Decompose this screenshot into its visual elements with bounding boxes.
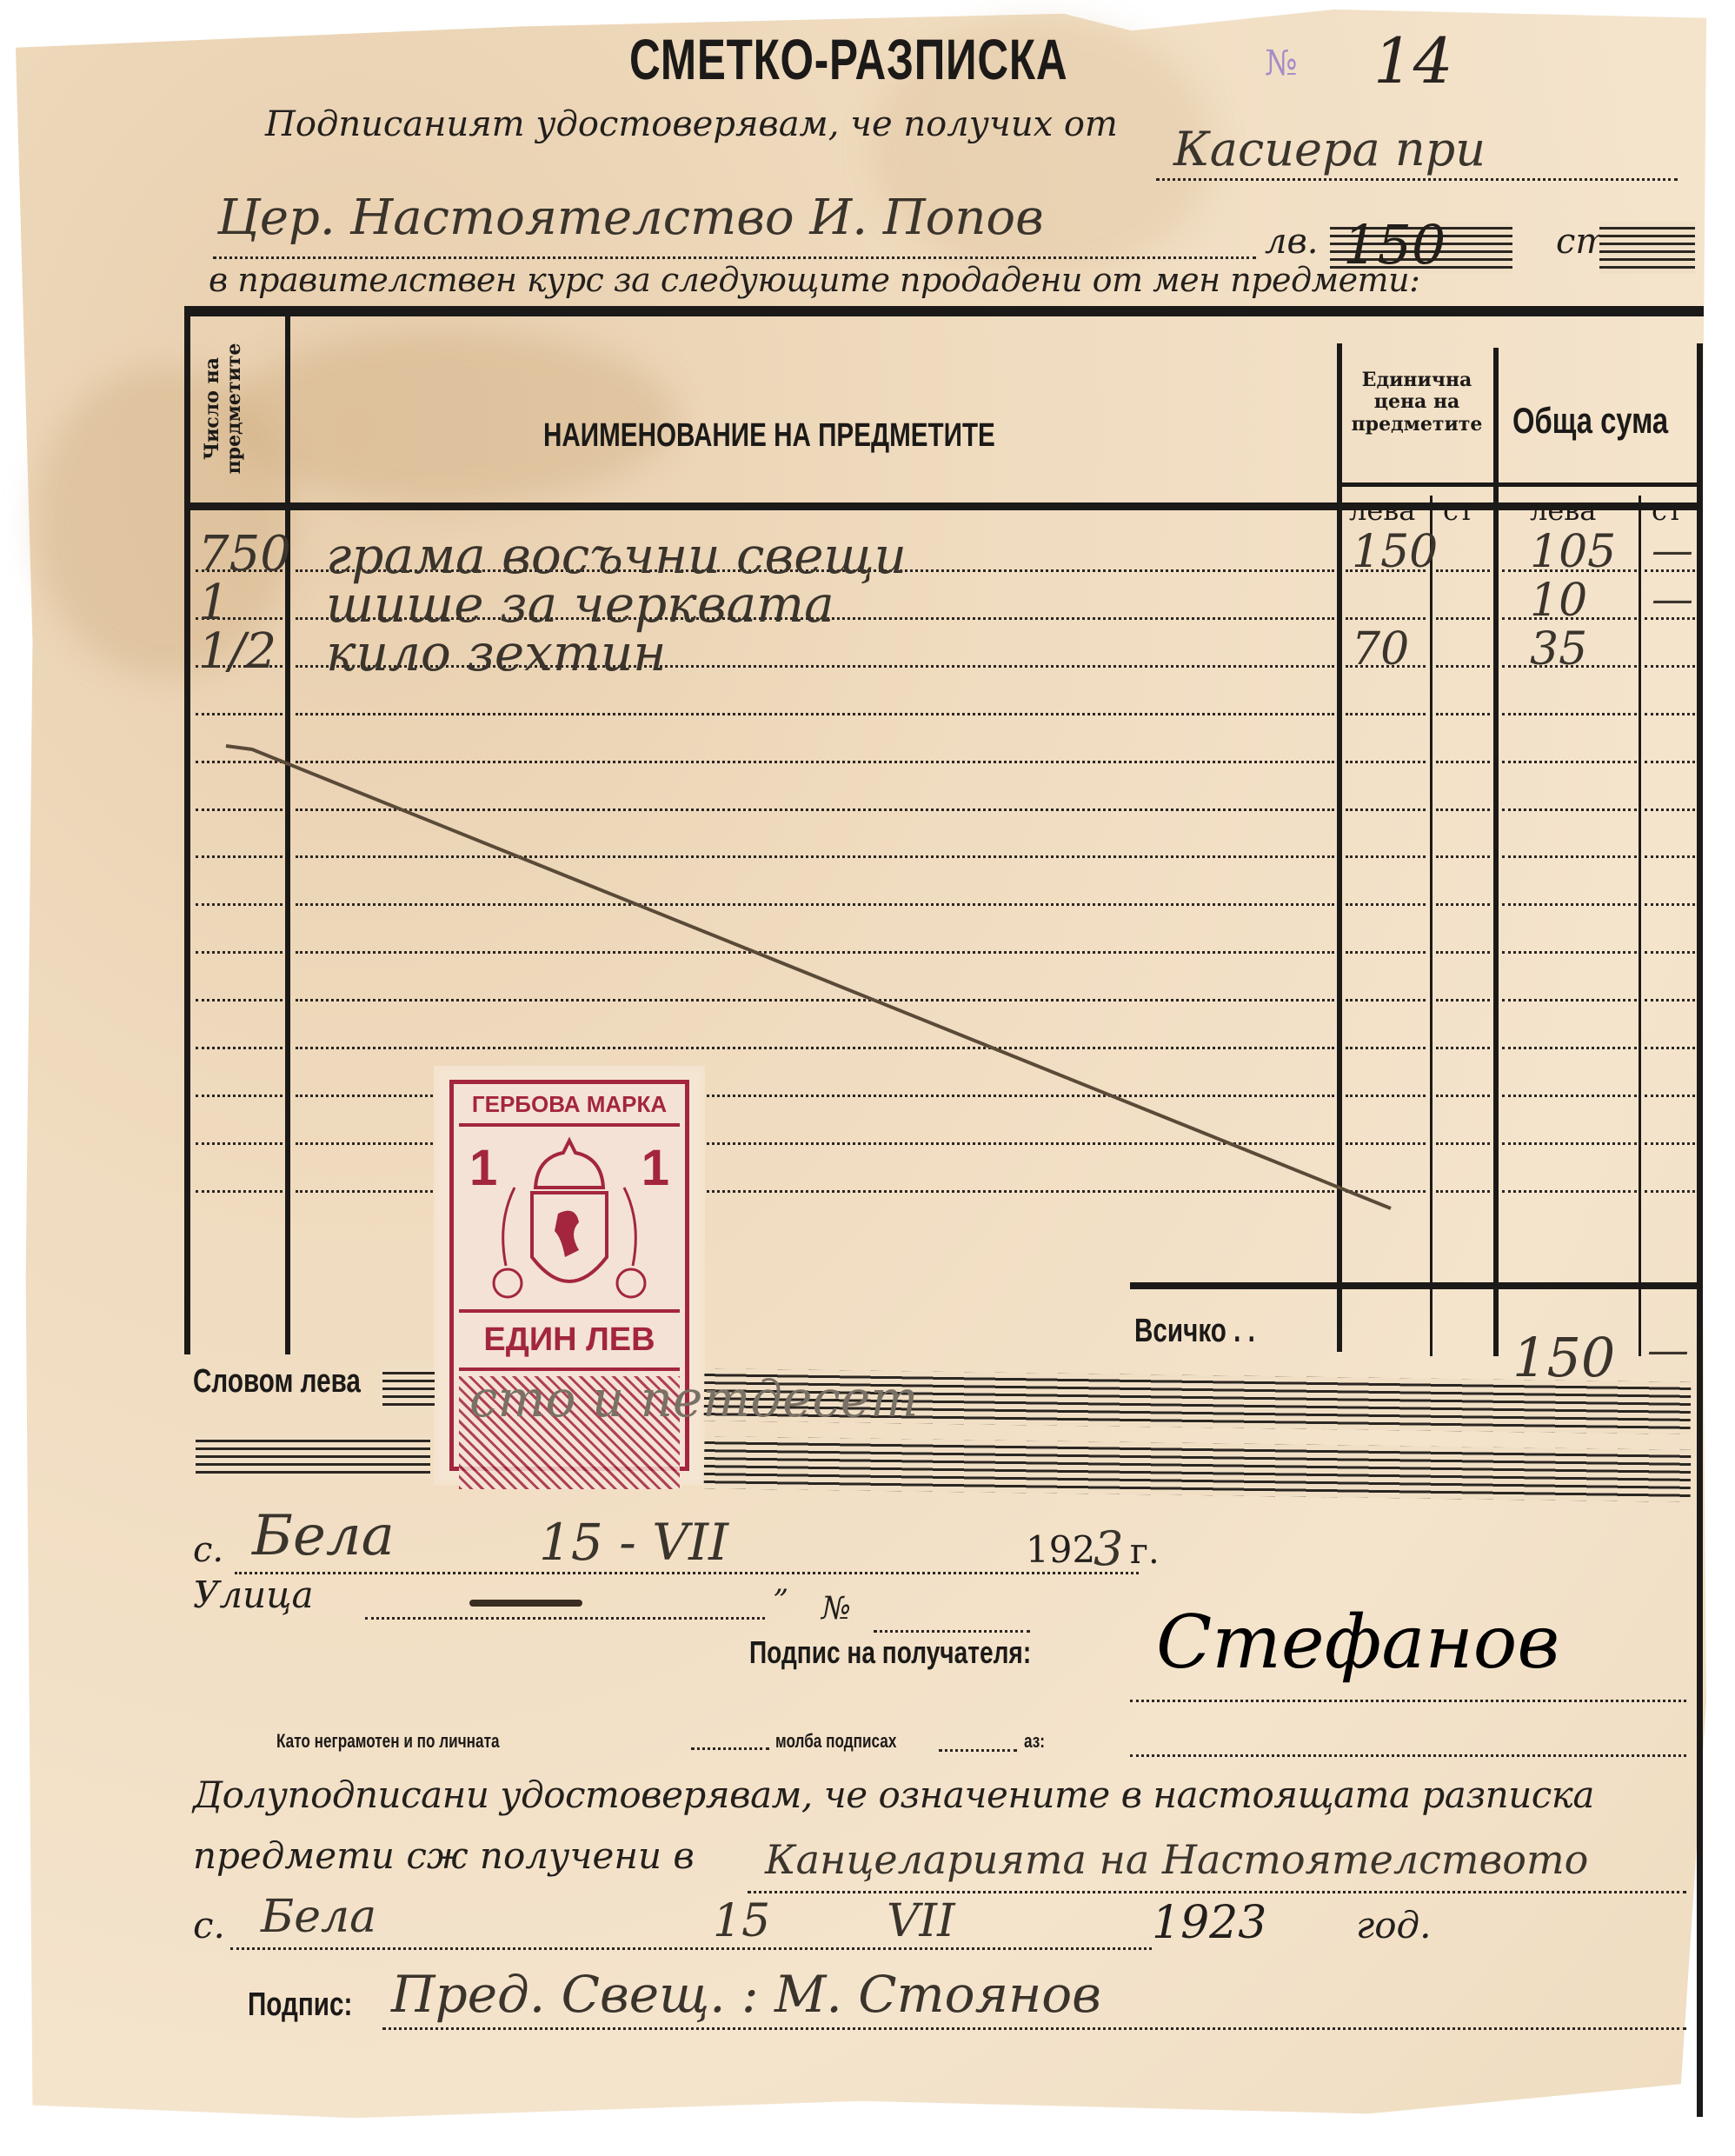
village-name: Бела [252, 1504, 395, 1568]
stamp-value-text: ЕДИН ЛЕВ [459, 1309, 680, 1371]
dotted-line [1130, 1700, 1686, 1702]
words-label: Словом лева [193, 1363, 361, 1401]
dotted-line [230, 1947, 1152, 1950]
date-day-month: 15 - VII [539, 1513, 728, 1572]
cert-year-suffix: год. [1356, 1904, 1431, 1946]
lion-crest-icon [489, 1135, 650, 1309]
cert-signature-label: Подпис: [248, 1986, 352, 2024]
certification-line1: Долуподписани удостоверявам, че означени… [193, 1773, 1594, 1816]
dotted-line [235, 1572, 1139, 1574]
cert-year: 1923 [1152, 1897, 1266, 1949]
total-label: Всичко . . [1134, 1313, 1255, 1350]
illiterate-text-part3: аз: [1024, 1730, 1045, 1753]
total-st: — [1647, 1326, 1689, 1374]
street-dash [469, 1600, 582, 1607]
year-suffix: г. [1130, 1532, 1160, 1572]
dotted-line [748, 1891, 1686, 1893]
words-lines-left2 [196, 1434, 430, 1478]
stamp-coat-of-arms: 1 1 [454, 1127, 685, 1309]
village-prefix: с. [193, 1530, 223, 1570]
dotted-line [874, 1630, 1030, 1633]
street-number-label: № [821, 1591, 851, 1627]
words-lines-left [382, 1367, 435, 1410]
cert-village: Бела [261, 1891, 376, 1943]
dotted-line [939, 1749, 1017, 1752]
cert-signature: Пред. Свещ. : М. Стоянов [391, 1965, 1101, 2024]
recipient-signature-label: Подпис на получателя: [749, 1634, 1031, 1671]
year-handwritten: 3 [1094, 1521, 1123, 1576]
cert-day: 15 [713, 1895, 770, 1947]
words-value: сто и петдесет [469, 1369, 918, 1428]
illiterate-text-part2: молба подписах [775, 1730, 896, 1753]
dotted-line [1130, 1754, 1686, 1757]
cancel-diagonal-line [0, 0, 1735, 2156]
dotted-line [365, 1617, 765, 1620]
street-label: Улица [193, 1574, 314, 1616]
stamp-top-text: ГЕРБОВА МАРКА [459, 1091, 680, 1127]
received-in-place: Канцеларията на Настоятелството [765, 1836, 1588, 1883]
cert-village-prefix: с. [193, 1904, 225, 1946]
year-printed: 192 [1026, 1528, 1095, 1571]
recipient-signature: Стефанов [1156, 1600, 1559, 1685]
cert-month: VII [887, 1895, 955, 1947]
dotted-line [382, 2027, 1686, 2030]
street-quote: „ [774, 1565, 789, 1600]
dotted-line [691, 1747, 769, 1750]
total-top-border [1130, 1282, 1699, 1289]
certification-line2: предмети сж получени в [193, 1834, 695, 1877]
illiterate-text-part1: Като неграмотен и по личната [276, 1730, 500, 1753]
